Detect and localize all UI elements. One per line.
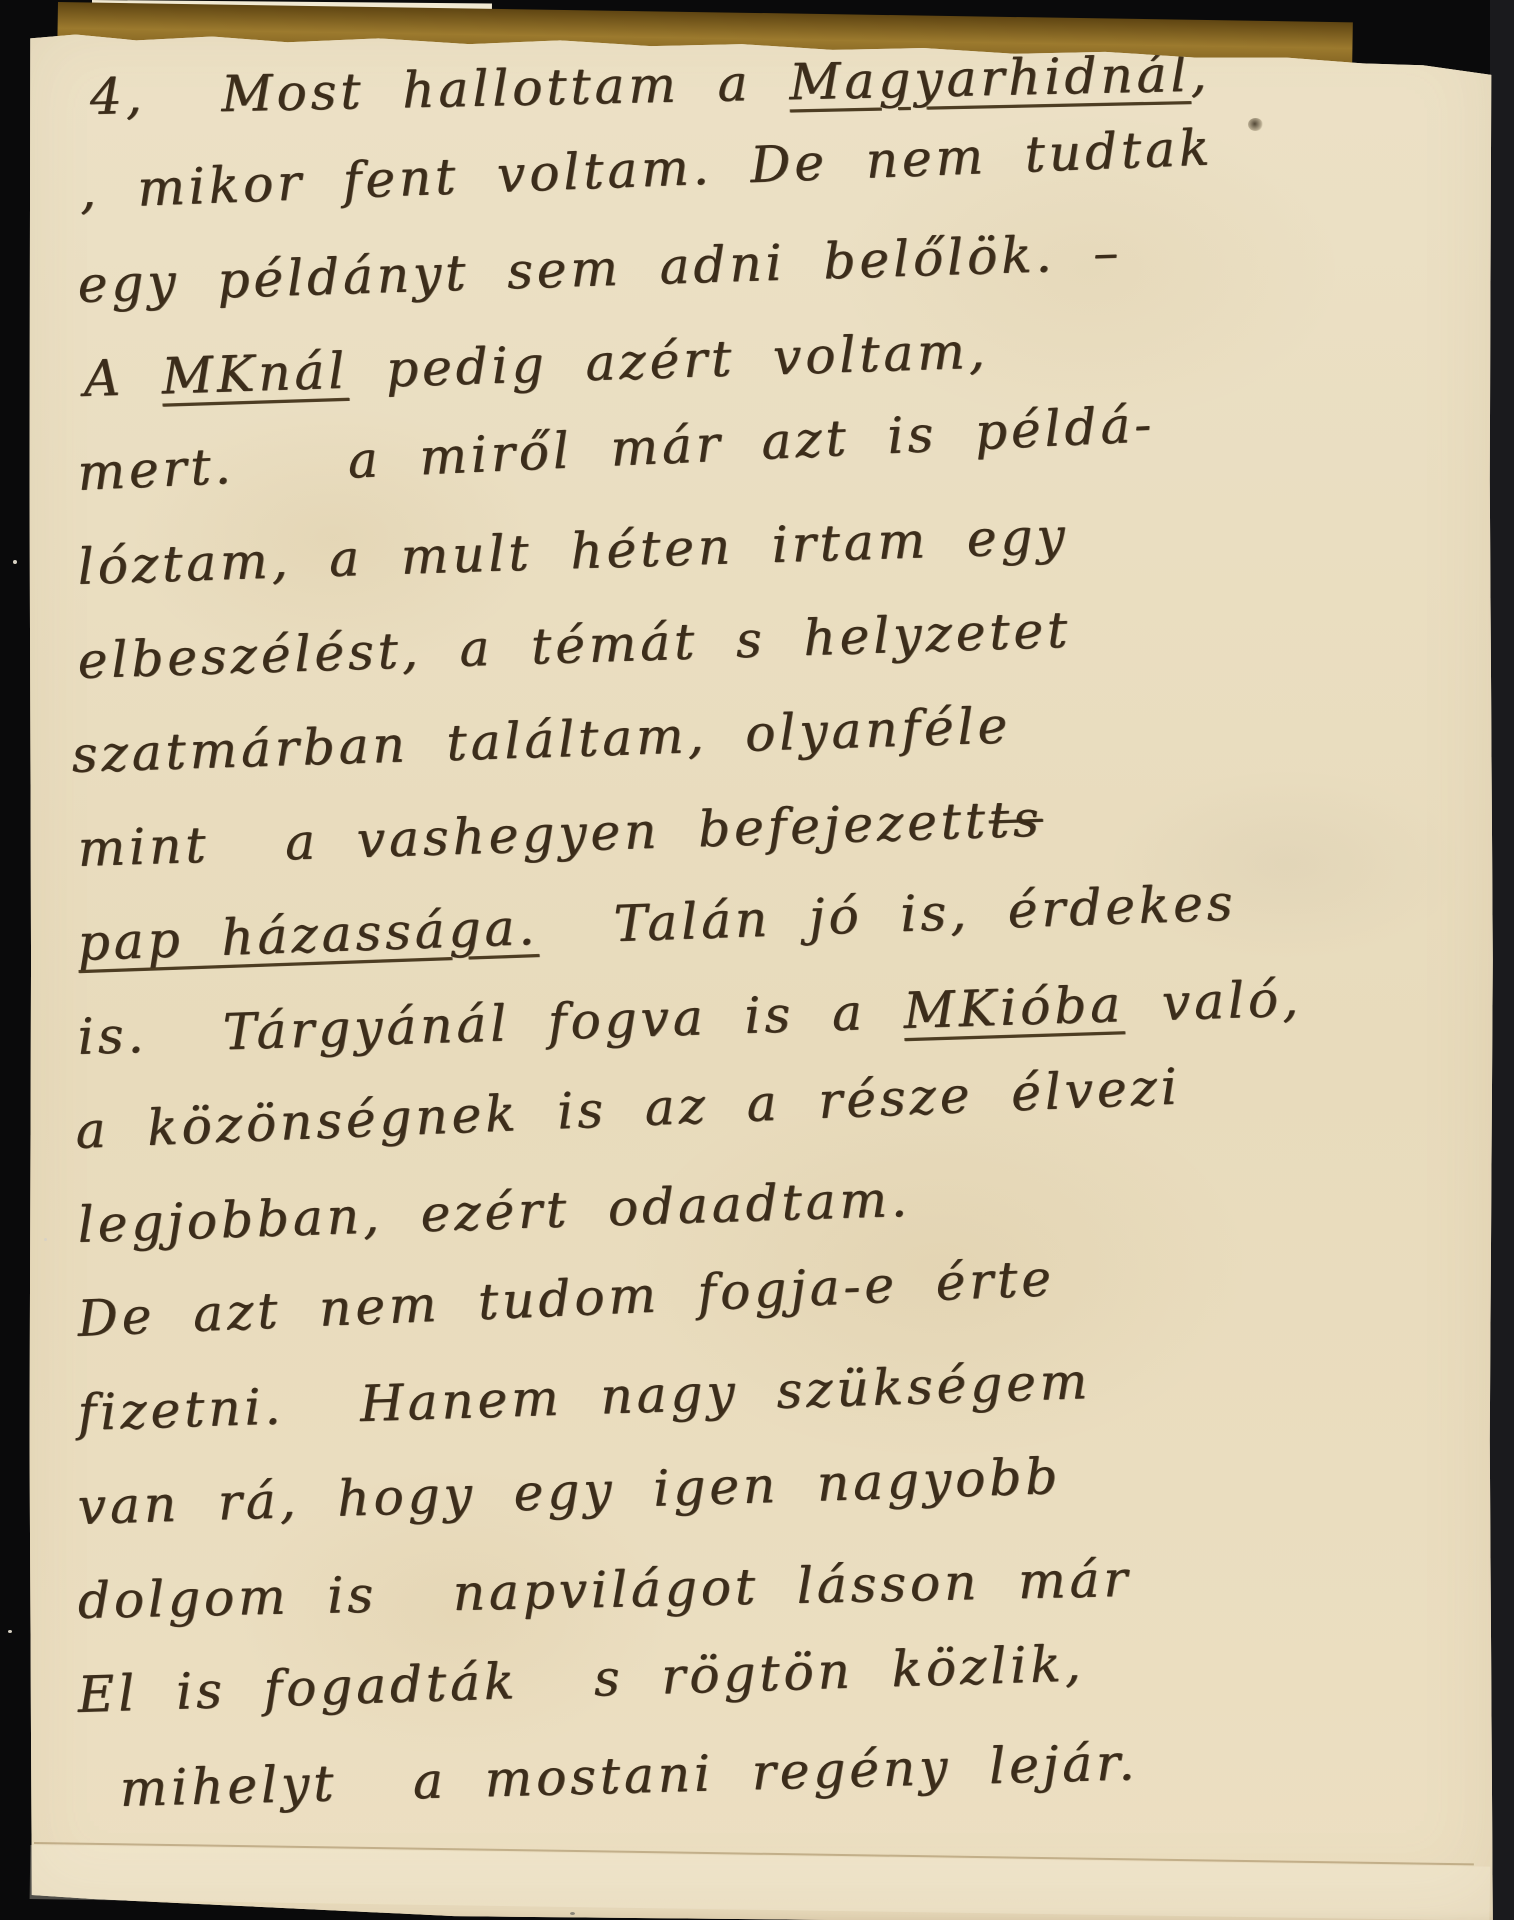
text-segment: szatmárban találtam, olyanféle: [71, 697, 1012, 784]
text-segment: pedig azért voltam,: [347, 322, 989, 400]
text-segment: is. Tárgyánál fogva is a: [77, 982, 905, 1066]
dust-speck: [570, 1912, 575, 1915]
text-segment: ts: [988, 790, 1044, 850]
text-segment: MKióba: [903, 975, 1125, 1040]
text-segment: van rá, hogy egy igen nagyobb: [77, 1447, 1062, 1536]
text-segment: A: [83, 348, 163, 408]
text-segment: Most hallottam a: [145, 53, 790, 124]
text-segment: legjobban, ezért odaadtam.: [77, 1170, 912, 1254]
dust-speck: [44, 1238, 47, 1241]
dust-speck: [8, 1630, 12, 1633]
text-segment: lóztam, a mult héten irtam egy: [77, 507, 1070, 596]
page-number: 4,: [89, 67, 146, 126]
text-segment: El is fogadták s rögtön közlik,: [77, 1634, 1085, 1724]
ink-blot: [1248, 118, 1263, 131]
text-segment: Talán jó is, érdekes: [537, 874, 1237, 956]
text-segment: elbeszélést, a témát s helyzetet: [77, 601, 1072, 690]
text-segment: MKnál: [161, 342, 349, 406]
handwriting-lines: 4, Most hallottam a Magyarhidnál,, mikor…: [78, 54, 1468, 1840]
text-segment: dolgom is napvilágot lásson már: [77, 1550, 1132, 1630]
text-segment: pap házassága.: [77, 898, 539, 972]
dust-speck: [13, 560, 17, 564]
text-segment: mihelyt a mostani regény lejár.: [119, 1733, 1139, 1818]
text-segment: fizetni. Hanem nagy szükségem: [77, 1352, 1092, 1442]
text-segment: Magyarhidnál: [789, 45, 1191, 111]
letter-page: 4, Most hallottam a Magyarhidnál,, mikor…: [0, 0, 1514, 1920]
text-segment: mint a vashegyen befejezett: [77, 791, 990, 878]
text-segment: egy példányt sem adni belőlök. –: [77, 223, 1123, 314]
text-segment: való,: [1123, 970, 1303, 1034]
scan-background: 4, Most hallottam a Magyarhidnál,, mikor…: [0, 0, 1514, 1920]
scanner-shadow-band: [1490, 0, 1514, 1920]
